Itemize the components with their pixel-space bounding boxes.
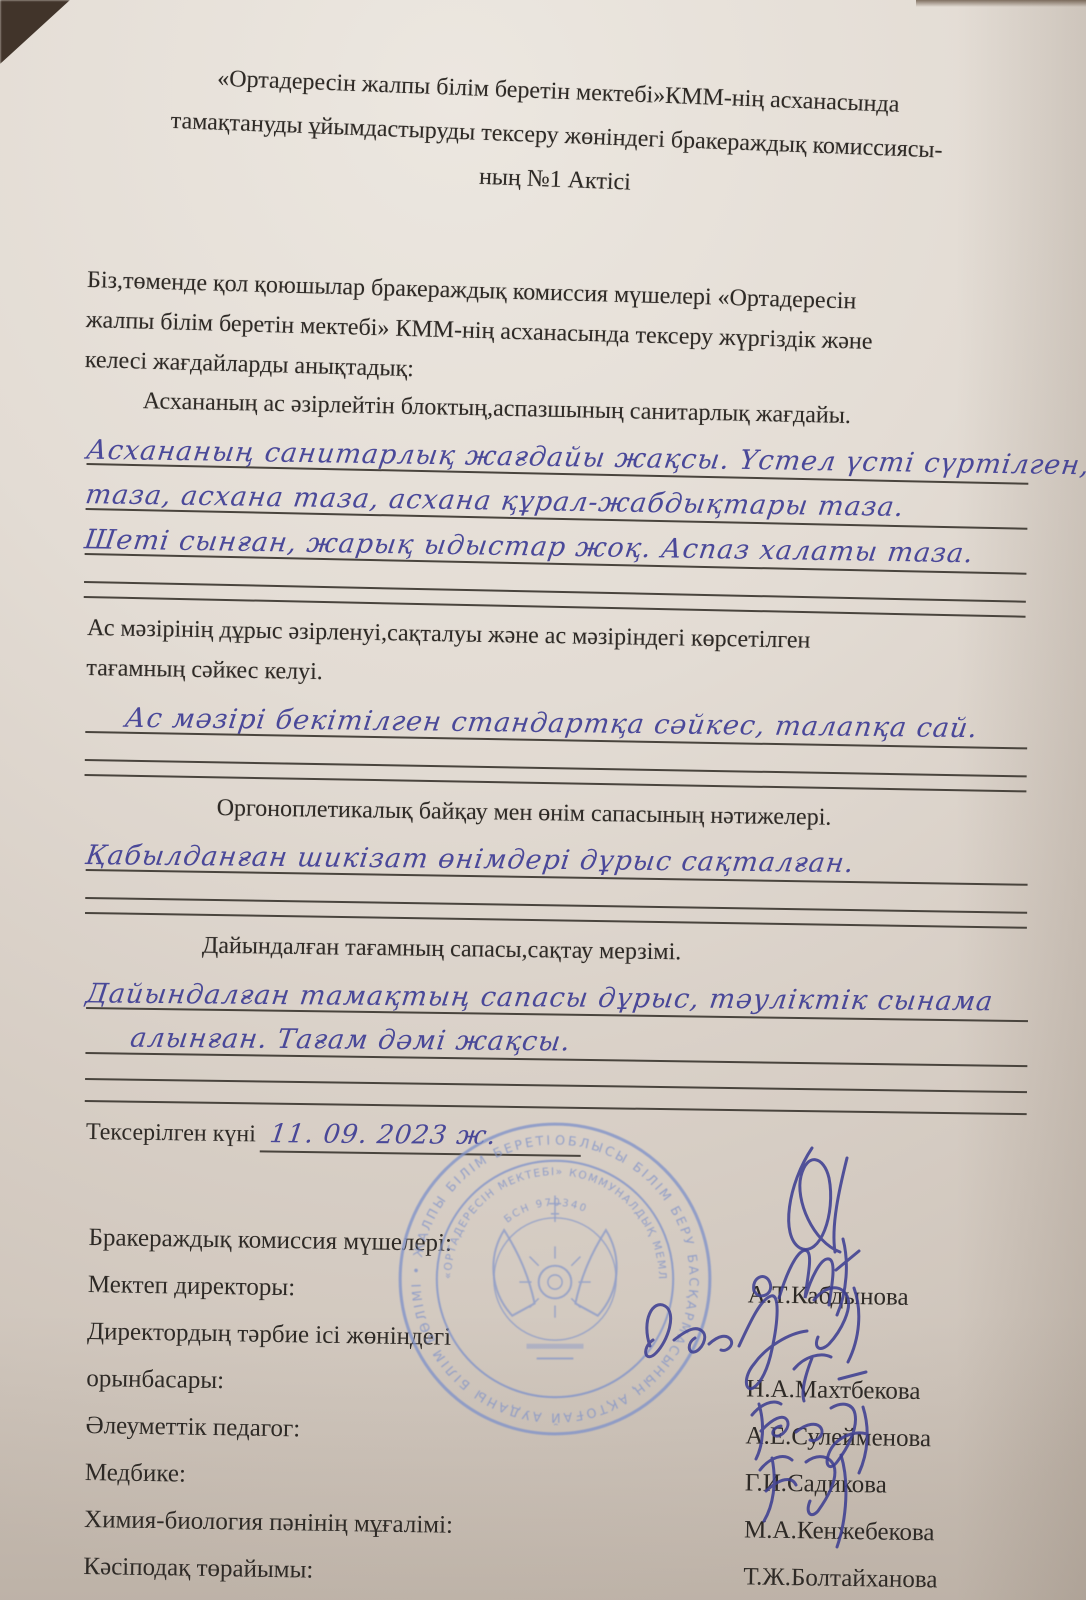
member-role: орынбасары: bbox=[86, 1365, 224, 1394]
section-menu-compliance: Ас мәзірінің дұрыс әзірленуі,сақталуы жә… bbox=[85, 608, 1030, 792]
member-name: А.Т.Кабдынова bbox=[747, 1271, 909, 1321]
handwritten-answer: Қабылданған шикізат өнімдері дұрыс сақта… bbox=[84, 840, 857, 879]
commission-members: Бракераждық комиссия мүшелері: Мектеп ди… bbox=[83, 1214, 1031, 1600]
member-name: Г.И.Садикова bbox=[744, 1459, 887, 1508]
member-role: Мектеп директоры: bbox=[88, 1271, 296, 1301]
section-food-quality: Дайындалған тағамның сапасы,сақтау мерзі… bbox=[85, 924, 1029, 1115]
blank-ruled-line bbox=[85, 1078, 1027, 1115]
inspection-date-underline: 11. 09. 2023 ж. bbox=[260, 1118, 581, 1156]
inspection-date-row: Тексерілген күні 11. 09. 2023 ж. bbox=[86, 1116, 1028, 1163]
member-name: М.А.Кенжебекова bbox=[744, 1506, 935, 1556]
handwritten-answer: Шеті сынған, жарық ыдыстар жоқ. Аспаз ха… bbox=[83, 524, 976, 569]
member-name: А.Е.Сулейменова bbox=[745, 1412, 931, 1462]
section-organoleptic-results: Оргоноплетикалық байқау мен өнім сапасын… bbox=[85, 786, 1029, 929]
member-role: Кәсіподақ төрайымы: bbox=[83, 1553, 313, 1584]
section-sanitary-condition: Асхананың ас әзірлейтін блоктың,аспазшын… bbox=[84, 380, 1030, 618]
document-title: «Ортадересін жалпы білім беретін мектебі… bbox=[93, 52, 1019, 219]
member-name: Т.Ж.Болтайханова bbox=[743, 1553, 938, 1600]
member-role: Химия-биология пәнінің мұғалімі: bbox=[84, 1506, 453, 1539]
handwritten-answer: Ас мәзірі бекітілген стандартқа сәйкес, … bbox=[83, 702, 980, 744]
document-body: «Ортадересін жалпы білім беретін мектебі… bbox=[0, 0, 1086, 1590]
blank-ruled-line bbox=[85, 897, 1027, 929]
handwritten-answer: алынған. Тағам дәмі жақсы. bbox=[83, 1022, 572, 1057]
member-role: Директордың тәрбие ісі жөніндегі bbox=[87, 1318, 451, 1351]
inspection-date-value: 11. 09. 2023 ж. bbox=[268, 1119, 499, 1151]
member-name: Н.А.Махтбекова bbox=[746, 1365, 921, 1415]
member-role: Әлеуметтік педагог: bbox=[85, 1412, 300, 1442]
member-role: Медбике: bbox=[85, 1459, 186, 1488]
inspection-date-label: Тексерілген күні bbox=[86, 1119, 256, 1148]
